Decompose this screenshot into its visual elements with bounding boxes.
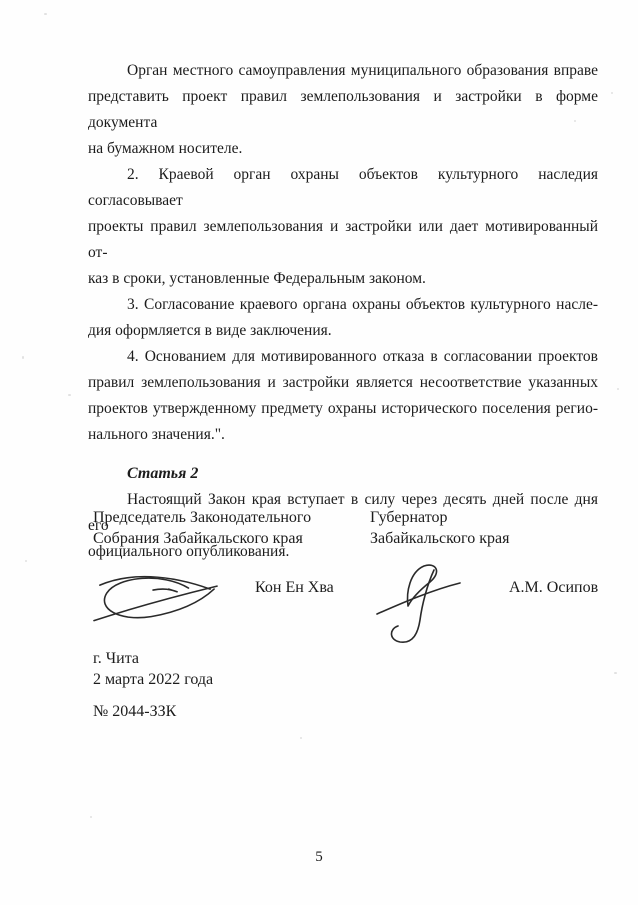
text-line: 3. Согласование краевого органа охраны о…: [88, 292, 598, 318]
text-line: правил землепользования и застройки явля…: [88, 370, 598, 396]
text-line: на бумажном носителе.: [88, 136, 598, 162]
governor-title: Губернатор Забайкальского края: [370, 507, 509, 549]
paragraph-4: 4. Основанием для мотивированного отказа…: [88, 344, 598, 448]
chairman-title: Председатель Законодательного Собрания З…: [93, 507, 311, 549]
text-line: дия оформляется в виде заключения.: [88, 318, 598, 344]
paragraph-3: 3. Согласование краевого органа охраны о…: [88, 292, 598, 344]
scan-speck: [611, 92, 613, 94]
page-number: 5: [0, 849, 638, 866]
place-date-block: г. Чита 2 марта 2022 года: [93, 648, 213, 690]
text-line: представить проект правил землепользован…: [88, 84, 598, 136]
text-line: 2. Краевой орган охраны объектов культур…: [88, 162, 598, 214]
scan-speck: [44, 13, 47, 15]
document-number: № 2044-ЗЗК: [93, 703, 176, 721]
scan-speck: [90, 816, 92, 818]
text-line: нального значения.".: [88, 422, 598, 448]
scan-speck: [68, 394, 71, 396]
text-line: проектов утвержденному предмету охраны и…: [88, 396, 598, 422]
scan-speck: [617, 388, 619, 390]
text-line: каз в сроки, установленные Федеральным з…: [88, 266, 598, 292]
text-line: проекты правил землепользования и застро…: [88, 214, 598, 266]
paragraph-1: Орган местного самоуправления муниципаль…: [88, 58, 598, 162]
chairman-signature-icon: [92, 563, 220, 625]
city: г. Чита: [93, 648, 213, 669]
document-page: Орган местного самоуправления муниципаль…: [0, 0, 638, 905]
paragraph-2: 2. Краевой орган охраны объектов культур…: [88, 162, 598, 292]
scan-speck: [25, 560, 27, 562]
scan-speck: [574, 120, 576, 122]
scan-speck: [300, 737, 302, 739]
governor-signature-icon: [372, 560, 464, 652]
governor-name: А.М. Осипов: [509, 579, 598, 597]
chairman-name: Кон Ен Хва: [255, 579, 334, 597]
body-text: Орган местного самоуправления муниципаль…: [88, 58, 598, 565]
scan-speck: [614, 672, 617, 674]
article-heading: Статья 2: [88, 461, 598, 487]
date: 2 марта 2022 года: [93, 669, 213, 690]
text-line: Орган местного самоуправления муниципаль…: [88, 58, 598, 84]
scan-speck: [22, 356, 24, 359]
text-line: 4. Основанием для мотивированного отказа…: [88, 344, 598, 370]
